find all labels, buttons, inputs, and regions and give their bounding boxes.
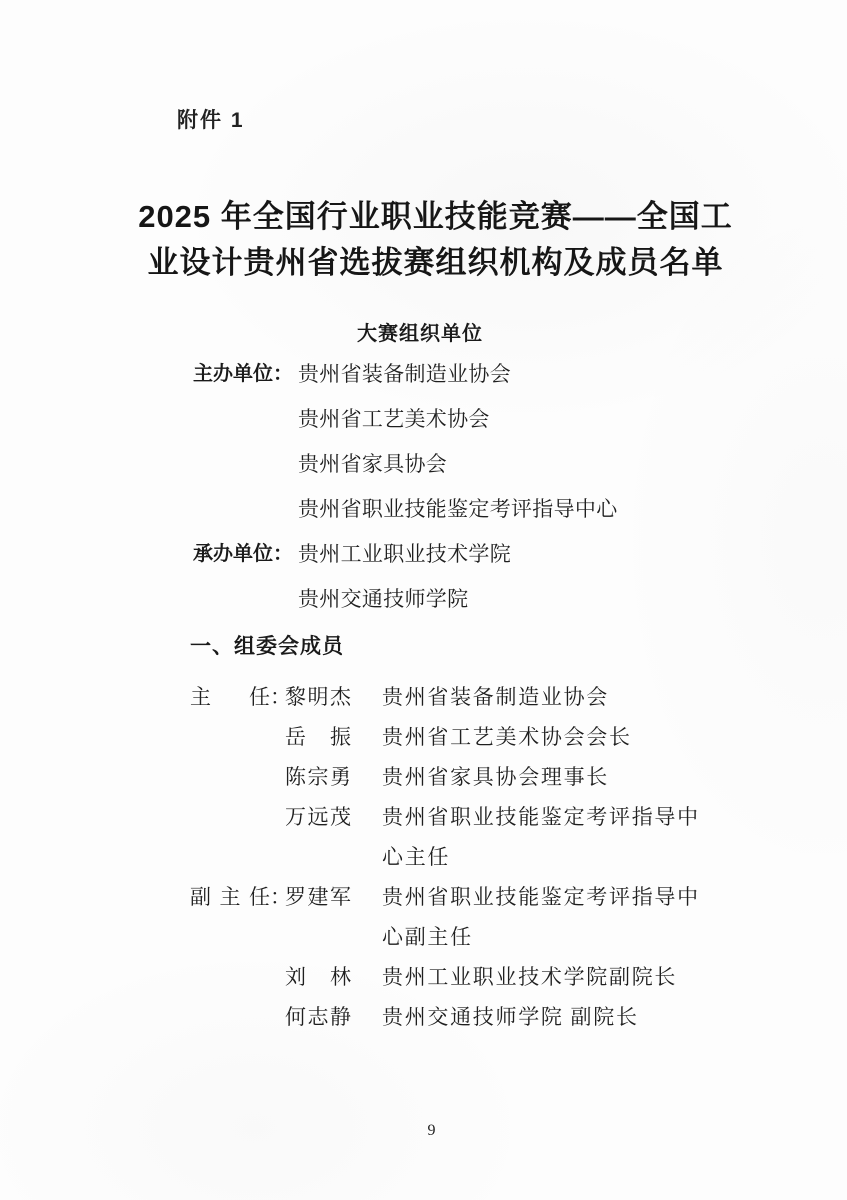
undertaker-label: 承办单位： [193,532,298,577]
host-items: 贵州省装备制造业协会 贵州省工艺美术协会 贵州省家具协会 贵州省职业技能鉴定考评… [298,352,618,532]
attachment-label: 附件 1 [177,104,245,134]
member-org: 贵州工业职业技术学院副院长 [382,957,708,997]
title-line-2: 业设计贵州省选拔赛组织机构及成员名单 [24,240,847,286]
member-org: 贵州省工艺美术协会会长 [382,717,708,757]
organizers-heading: 大赛组织单位 [0,317,840,346]
member-row: 主任： 黎明杰 贵州省装备制造业协会 [190,677,730,717]
member-row: 何志静 贵州交通技师学院 副院长 [190,997,730,1037]
undertaker-item: 贵州交通技师学院 [298,577,511,622]
member-row: 刘林 贵州工业职业技术学院副院长 [190,957,730,997]
member-org: 贵州省装备制造业协会 [382,677,708,717]
document-page: 附件 1 2025 年全国行业职业技能竞赛——全国工 业设计贵州省选拔赛组织机构… [0,0,847,1200]
member-name: 万远茂 [285,797,351,837]
member-org: 贵州省职业技能鉴定考评指导中心副主任 [382,877,708,957]
committee-heading: 一、组委会成员 [190,630,344,660]
host-item: 贵州省装备制造业协会 [298,352,618,397]
host-item: 贵州省家具协会 [298,442,618,487]
undertaker-item: 贵州工业职业技术学院 [298,532,511,577]
organizer-units: 主办单位： 贵州省装备制造业协会 贵州省工艺美术协会 贵州省家具协会 贵州省职业… [193,352,618,622]
member-name: 罗建军 [285,877,351,917]
member-name: 刘林 [285,957,351,997]
document-title: 2025 年全国行业职业技能竞赛——全国工 业设计贵州省选拔赛组织机构及成员名单 [24,194,847,286]
host-label: 主办单位： [193,352,298,397]
member-row: 万远茂 贵州省职业技能鉴定考评指导中心主任 [190,797,730,877]
member-row: 副主任： 罗建军 贵州省职业技能鉴定考评指导中心副主任 [190,877,730,957]
host-item: 贵州省工艺美术协会 [298,397,618,442]
undertaker-items: 贵州工业职业技术学院 贵州交通技师学院 [298,532,511,622]
page-number: 9 [8,1122,847,1140]
member-role-cell: 主任： [190,677,285,717]
member-role-colon: ： [270,877,285,917]
member-role: 副主任 [190,877,270,917]
member-org: 贵州省职业技能鉴定考评指导中心主任 [382,797,708,877]
member-name: 何志静 [285,997,351,1037]
undertaker-unit-group: 承办单位： 贵州工业职业技术学院 贵州交通技师学院 [193,532,618,622]
host-unit-group: 主办单位： 贵州省装备制造业协会 贵州省工艺美术协会 贵州省家具协会 贵州省职业… [193,352,618,532]
committee-members: 主任： 黎明杰 贵州省装备制造业协会 岳振 贵州省工艺美术协会会长 陈宗勇 贵州… [190,677,730,1037]
member-role-colon: ： [270,677,285,717]
member-org: 贵州省家具协会理事长 [382,757,708,797]
member-name: 陈宗勇 [285,757,351,797]
host-item: 贵州省职业技能鉴定考评指导中心 [298,487,618,532]
member-name: 岳振 [285,717,351,757]
member-role: 主任 [190,677,270,717]
member-row: 岳振 贵州省工艺美术协会会长 [190,717,730,757]
member-row: 陈宗勇 贵州省家具协会理事长 [190,757,730,797]
member-name: 黎明杰 [285,677,351,717]
member-org: 贵州交通技师学院 副院长 [382,997,708,1037]
member-role-cell: 副主任： [190,877,285,917]
title-line-1: 2025 年全国行业职业技能竞赛——全国工 [24,194,847,240]
